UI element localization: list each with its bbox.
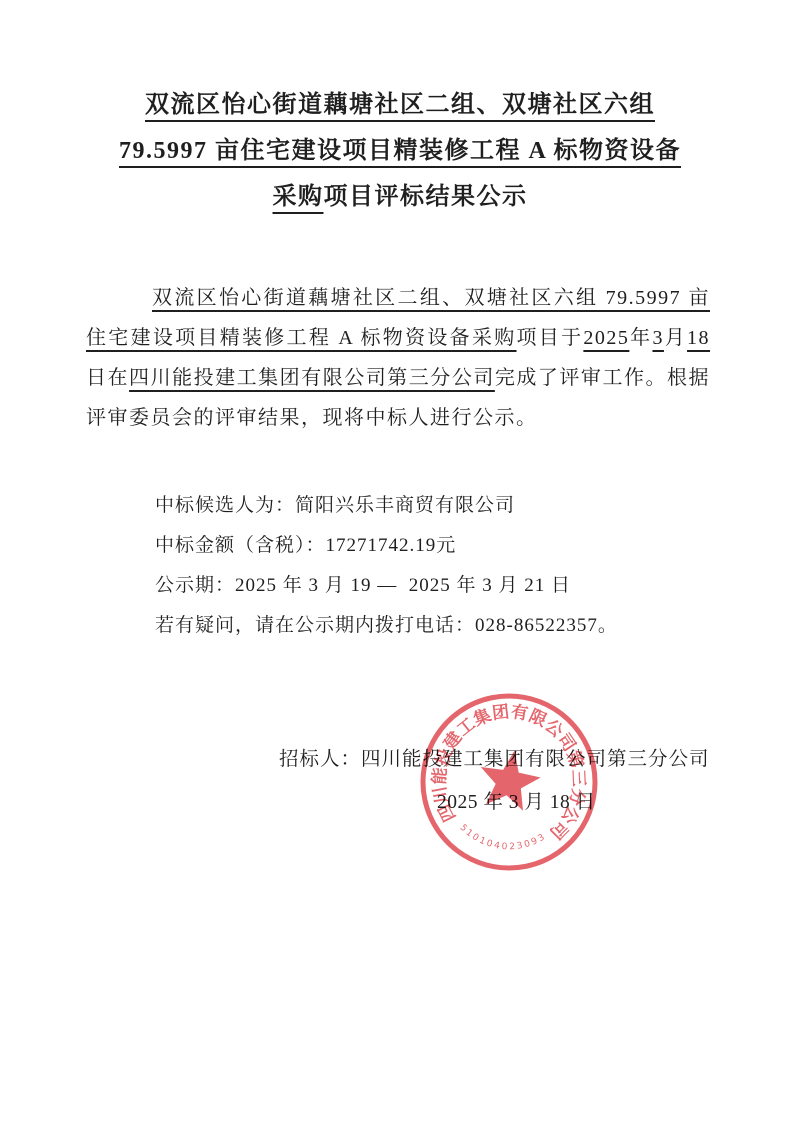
tenderer-line: 招标人：四川能投建工集团有限公司第三分公司: [279, 743, 710, 771]
underlined-text: 采购: [273, 184, 324, 210]
title-line-3: 采购项目评标结果公示: [60, 174, 740, 220]
title-line-1: 双流区怡心街道藕塘社区二组、双塘社区六组: [60, 82, 740, 128]
plain-text: 年: [629, 327, 652, 349]
amount-line: 中标金额（含税）：17271742.19元: [155, 526, 710, 566]
result-details: 中标候选人为：简阳兴乐丰商贸有限公司 中标金额（含税）：17271742.19元…: [86, 486, 710, 646]
plain-text: 月: [664, 327, 687, 349]
document-title: 双流区怡心街道藕塘社区二组、双塘社区六组 79.5997 亩住宅建设项目精装修工…: [60, 82, 740, 220]
company-seal: 四川能投建工集团有限公司第三分公司 5101040230932: [414, 687, 604, 877]
underlined-text: 3: [652, 327, 664, 349]
underlined-text: 2025: [583, 327, 629, 349]
date-line: 2025 年 3 月 18 日: [437, 786, 596, 814]
underlined-text: 四川能投建工集团有限公司第三分公司: [129, 367, 495, 389]
publicity-period-line: 公示期：2025 年 3 月 19 — 2025 年 3 月 21 日: [155, 566, 710, 606]
company-seal-graphic: 四川能投建工集团有限公司第三分公司 5101040230932: [414, 687, 604, 877]
plain-text: 项目评标结果公示: [324, 184, 528, 210]
plain-text: 项目于: [517, 327, 584, 349]
underlined-text: 双流区怡心街道藕塘社区二组、双塘社区六组: [145, 92, 655, 118]
document-page: 双流区怡心街道藕塘社区二组、双塘社区六组 79.5997 亩住宅建设项目精装修工…: [0, 0, 800, 1131]
underlined-text: 79.5997 亩住宅建设项目精装修工程 A 标物资设备: [119, 138, 681, 164]
underlined-text: 18: [687, 327, 710, 349]
seal-ring: [414, 687, 604, 877]
title-line-2: 79.5997 亩住宅建设项目精装修工程 A 标物资设备: [60, 128, 740, 174]
seal-code-text: 5101040230932: [414, 687, 575, 860]
plain-text: 日在: [86, 367, 129, 389]
contact-line: 若有疑问，请在公示期内拨打电话：028-86522357。: [155, 606, 710, 646]
winner-line: 中标候选人为：简阳兴乐丰商贸有限公司: [155, 486, 710, 526]
announcement-paragraph: 双流区怡心街道藕塘社区二组、双塘社区六组 79.5997 亩住宅建设项目精装修工…: [86, 278, 710, 438]
